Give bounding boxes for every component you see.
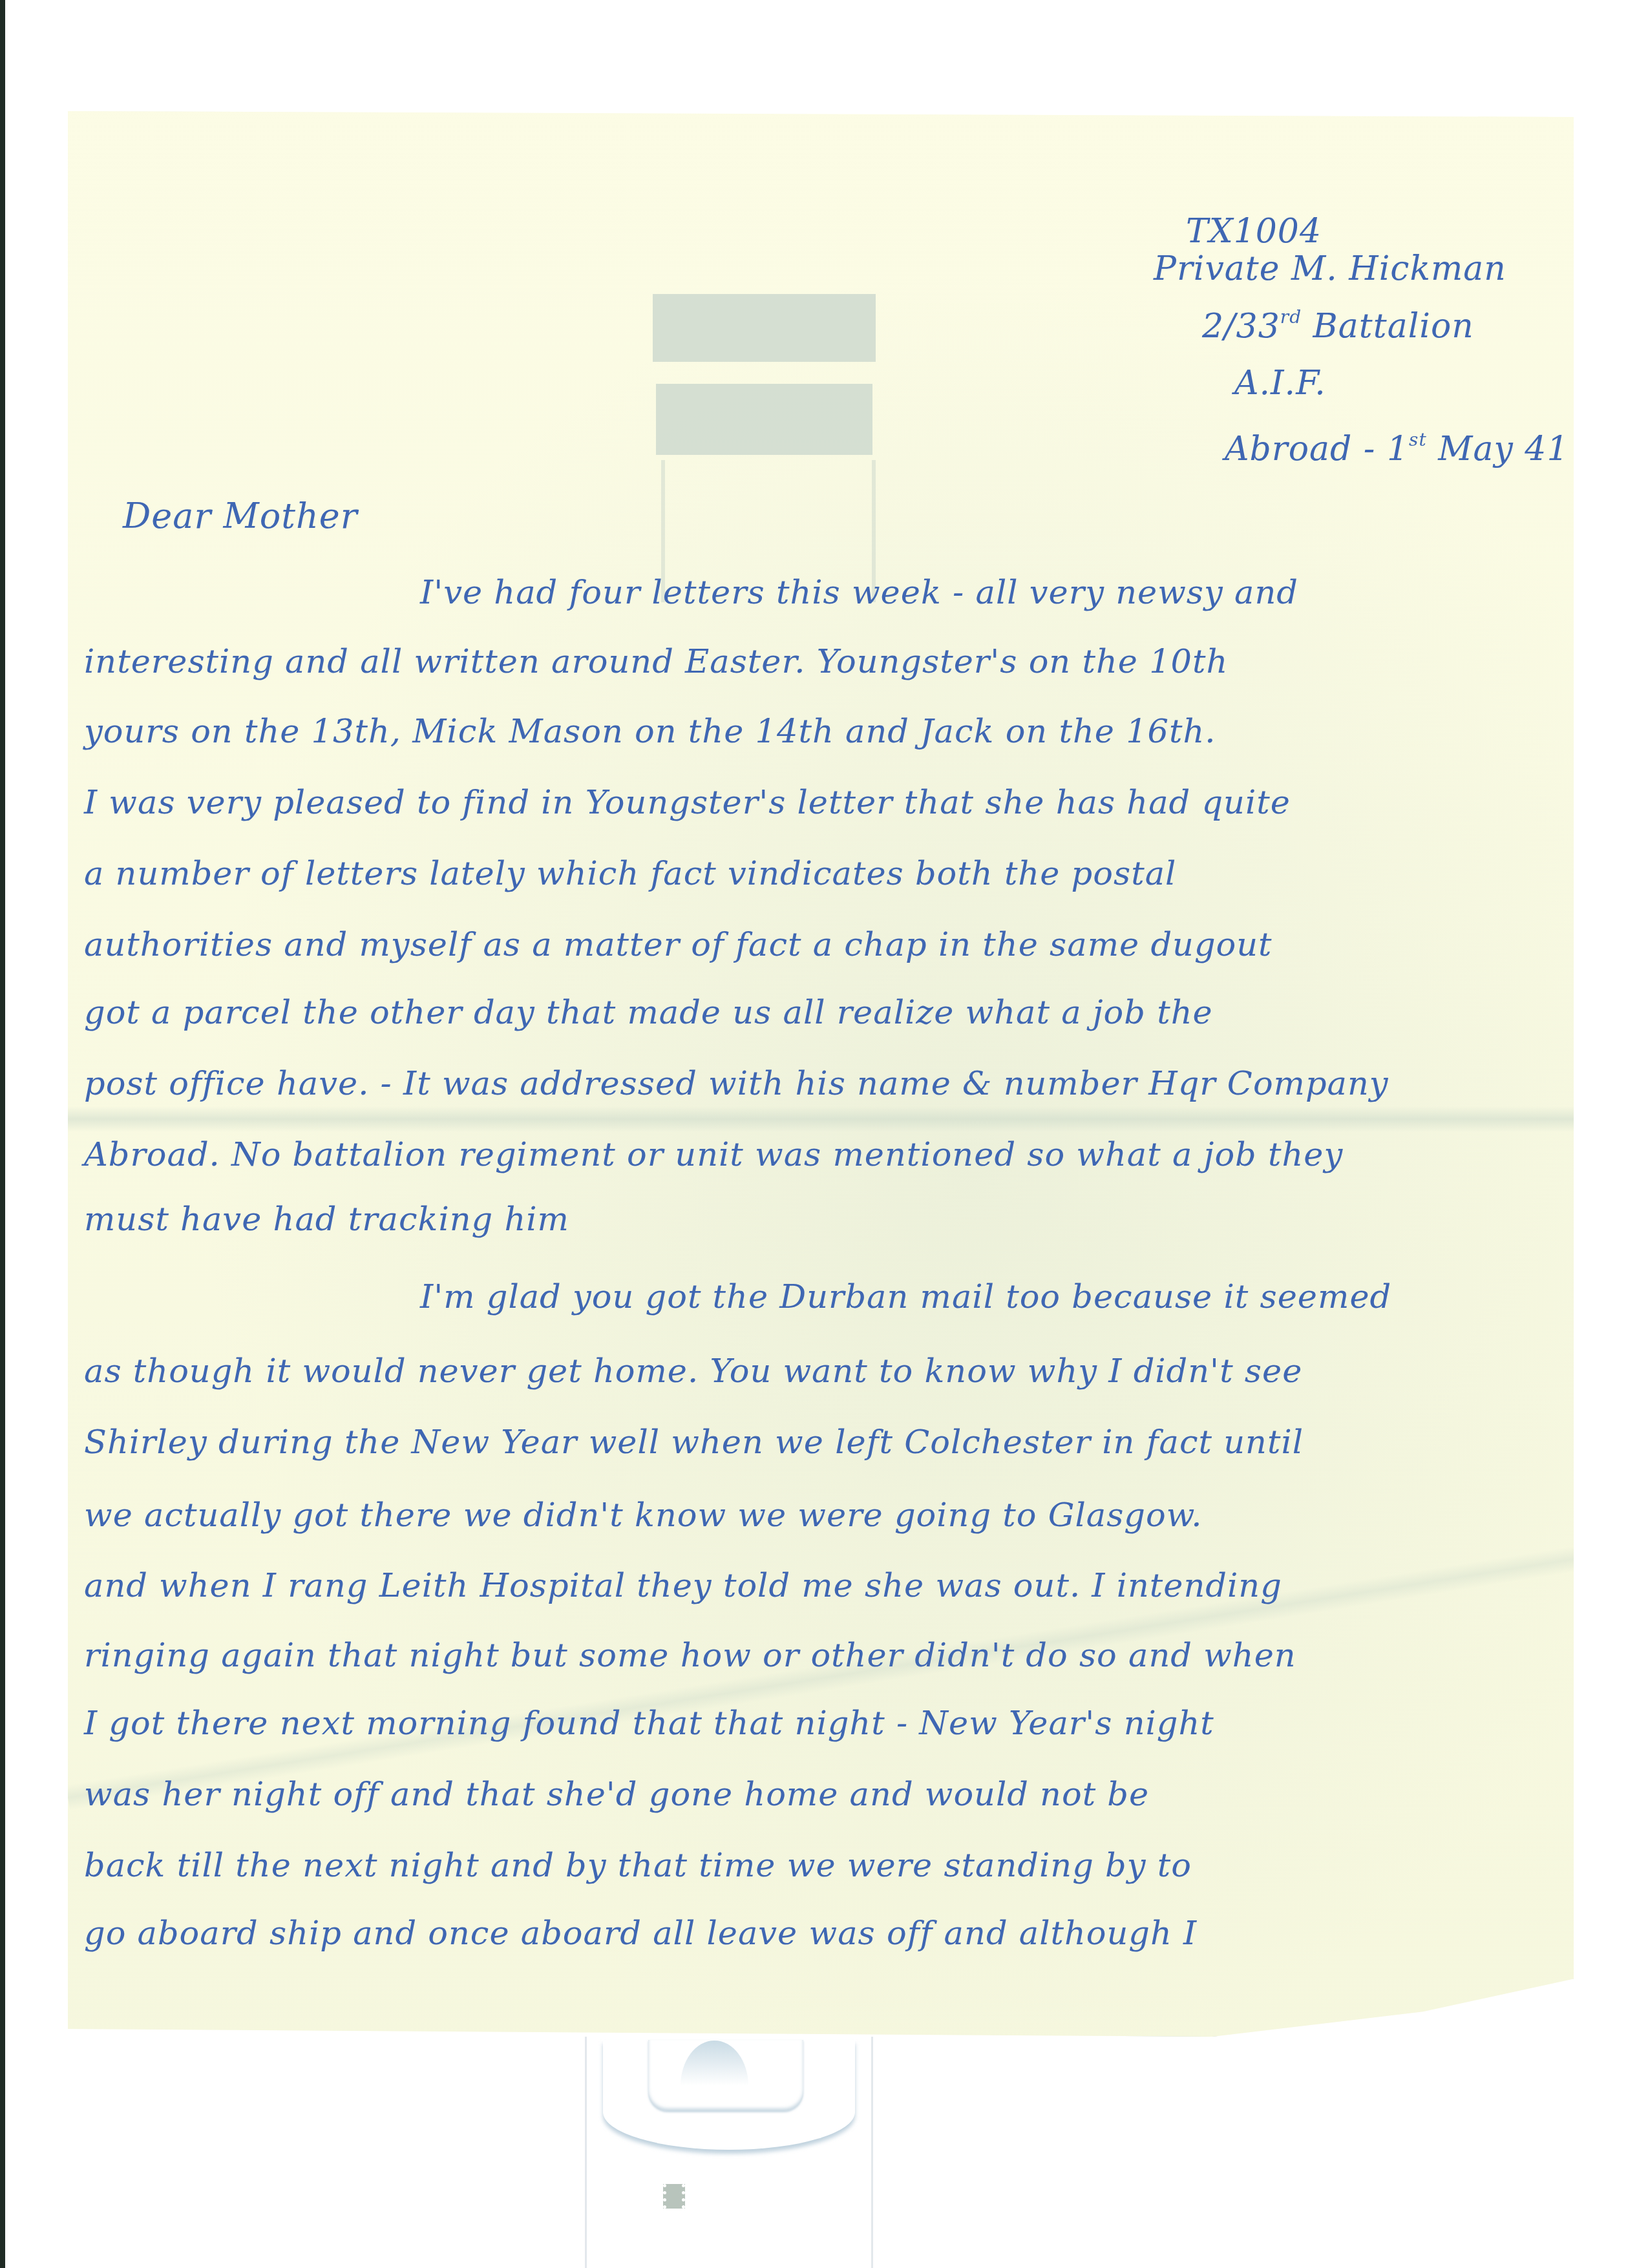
letter-line: authorities and myself as a matter of fa… — [84, 929, 1273, 961]
letter-line: yours on the 13th, Mick Mason on the 14t… — [84, 715, 1216, 748]
letter-line: I've had four letters this week - all ve… — [420, 576, 1298, 609]
sender-name: Private M. Hickman — [1154, 252, 1506, 286]
letter-line: go aboard ship and once aboard all leave… — [84, 1917, 1197, 1950]
letter-line: Shirley during the New Year well when we… — [84, 1426, 1304, 1459]
scanner-bed-edge — [0, 0, 5, 2268]
letter-line: post office have. - It was addressed wit… — [84, 1067, 1389, 1100]
letter-line: a number of letters lately which fact vi… — [84, 857, 1176, 890]
letter-line: and when I rang Leith Hospital they told… — [84, 1570, 1282, 1602]
letter-line: got a parcel the other day that made us … — [84, 996, 1213, 1029]
sender-force: A.I.F. — [1234, 366, 1326, 400]
letter-line: must have had tracking him — [84, 1203, 569, 1236]
salutation: Dear Mother — [123, 499, 357, 534]
sender-unit: 2/33rd Battalion — [1202, 308, 1474, 343]
paper-watermark — [653, 294, 876, 362]
letter-line: as though it would never get home. You w… — [84, 1355, 1302, 1388]
paper-fold-crease — [68, 1106, 1574, 1132]
letter-line: I'm glad you got the Durban mail too bec… — [420, 1281, 1391, 1314]
letter-line: was her night off and that she'd gone ho… — [84, 1778, 1149, 1811]
paper-watermark — [656, 384, 872, 455]
service-number: TX1004 — [1186, 215, 1322, 248]
letter-line: I got there next morning found that that… — [84, 1707, 1214, 1740]
letter-line: I was very pleased to find in Youngster'… — [84, 786, 1291, 819]
letter-place-date: Abroad - 1st May 41 — [1225, 431, 1569, 466]
letter-line: we actually got there we didn't know we … — [84, 1499, 1203, 1532]
letter-line: interesting and all written around Easte… — [84, 646, 1228, 678]
scanner-film-holder — [585, 2037, 873, 2268]
letter-line: Abroad. No battalion regiment or unit wa… — [84, 1139, 1343, 1171]
letter-page: TX1004 Private M. Hickman 2/33rd Battali… — [68, 111, 1574, 2037]
film-strip-icon — [663, 2184, 685, 2209]
letter-line: ringing again that night but some how or… — [84, 1639, 1296, 1672]
letter-line: back till the next night and by that tim… — [84, 1849, 1192, 1882]
